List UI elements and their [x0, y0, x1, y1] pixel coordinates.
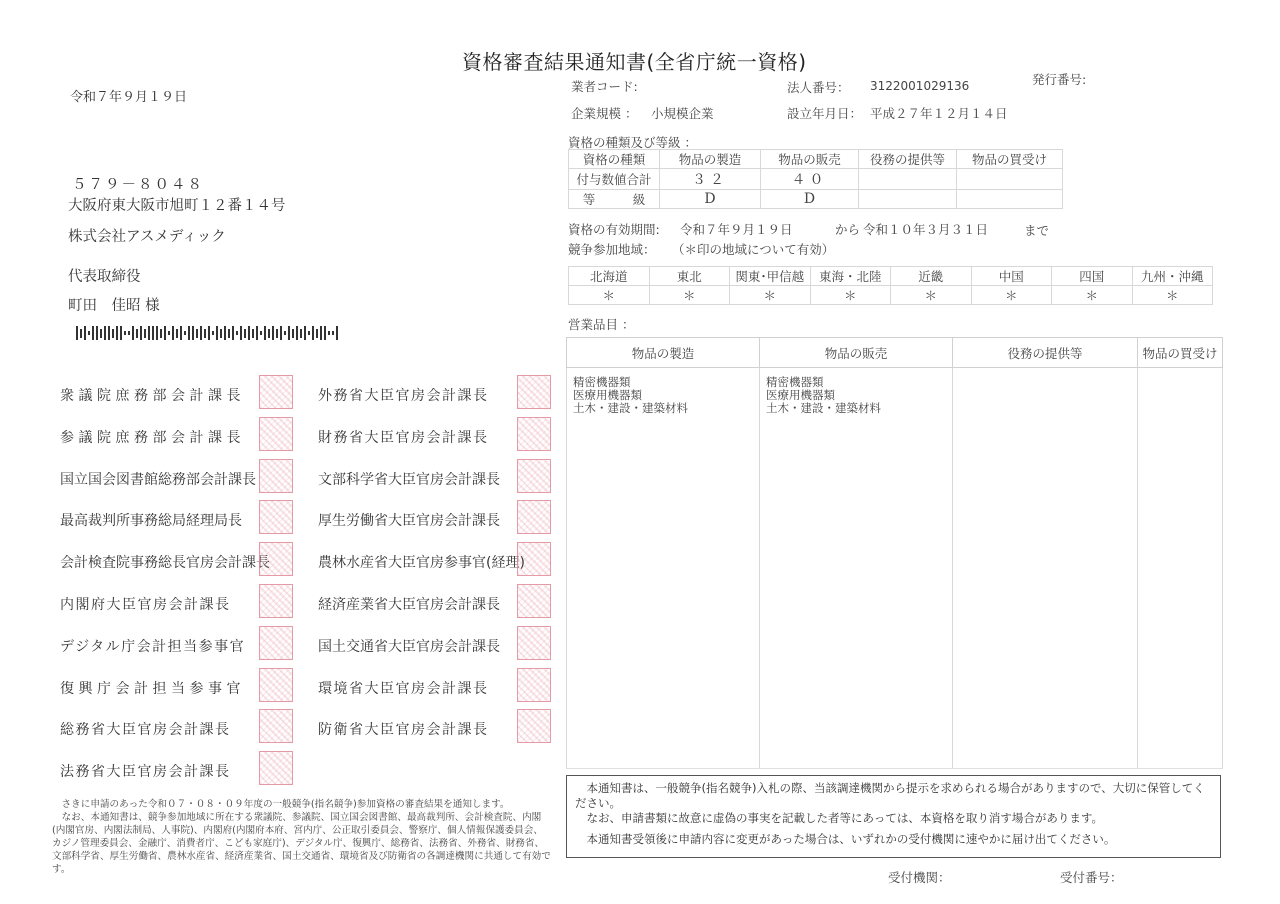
footnote-paragraph: さきに申請のあった令和０７・０８・０９年度の一般競争(指名競争)参加資格の審査結… [52, 798, 552, 811]
region-name: 東北 [649, 267, 730, 286]
issue-number-label: 発行番号: [1032, 70, 1086, 88]
receipt-number-label: 受付番号： [1060, 868, 1123, 886]
barcode-bar [296, 326, 298, 340]
corporate-number-label: 法人番号： [787, 78, 850, 96]
barcode-bar [264, 326, 266, 340]
official-seal-icon [517, 375, 551, 409]
regions-table: 北海道東北関東･甲信越東海・北陸近畿中国四国九州・沖縄 ＊＊＊＊＊＊＊＊ [568, 266, 1213, 305]
official-seal-icon [259, 459, 293, 493]
qual-row-label: 等 級 [569, 190, 660, 209]
footnote: さきに申請のあった令和０７・０８・０９年度の一般競争(指名競争)参加資格の審査結… [52, 798, 552, 876]
agency-name: 国立国会図書館総務部会計課長 [60, 469, 256, 489]
barcode-bar [196, 329, 198, 338]
qual-header: 役務の提供等 [859, 150, 957, 169]
representative-position: 代表取締役 [68, 265, 141, 286]
validity-from: 令和７年９月１９日 [680, 220, 793, 238]
barcode-bar [260, 331, 262, 335]
official-seal-icon [259, 751, 293, 785]
barcode-icon [76, 325, 338, 341]
qualification-table: 資格の種類 物品の製造 物品の販売 役務の提供等 物品の買受け 付与数値合計 ３… [568, 149, 1063, 209]
barcode-bar [244, 329, 246, 338]
barcode-bar [316, 329, 318, 338]
company-size: 小規模企業 [651, 104, 714, 122]
barcode-bar [272, 326, 274, 340]
barcode-bar [256, 326, 258, 340]
items-cell-services [953, 368, 1138, 769]
receiving-agency-label: 受付機関： [888, 868, 951, 886]
official-seal-icon [517, 709, 551, 743]
agency-name: 厚生労働省大臣官房会計課長 [318, 510, 500, 530]
items-header: 物品の販売 [760, 338, 953, 368]
barcode-bar [152, 326, 154, 340]
barcode-bar [216, 326, 218, 340]
qual-header: 物品の買受け [957, 150, 1063, 169]
official-seal-icon [517, 584, 551, 618]
barcode-bar [248, 326, 250, 340]
items-header: 役務の提供等 [953, 338, 1138, 368]
barcode-bar [140, 326, 142, 340]
region-name: 九州・沖縄 [1132, 267, 1213, 286]
barcode-bar [116, 326, 118, 340]
agency-name: 防衛省大臣官房会計課長 [318, 719, 489, 739]
region-mark: ＊ [569, 286, 650, 305]
barcode-bar [240, 326, 242, 340]
items-header: 物品の買受け [1138, 338, 1223, 368]
barcode-bar [96, 326, 98, 340]
official-seal-icon [259, 500, 293, 534]
barcode-bar [252, 329, 254, 338]
official-seal-icon [259, 584, 293, 618]
region-mark: ＊ [810, 286, 891, 305]
barcode-bar [320, 326, 322, 340]
barcode-bar [328, 331, 330, 335]
vendor-code-label: 業者コード: [571, 77, 638, 95]
barcode-bar [184, 331, 186, 335]
established-label: 設立年月日： [787, 104, 862, 122]
barcode-bar [144, 329, 146, 338]
barcode-bar [164, 326, 166, 340]
barcode-bar [108, 326, 110, 340]
agency-name: 環境省大臣官房会計課長 [318, 678, 489, 698]
region-mark: ＊ [971, 286, 1052, 305]
barcode-bar [312, 326, 314, 340]
region-mark: ＊ [649, 286, 730, 305]
barcode-bar [136, 329, 138, 338]
notice-paragraph: なお、申請書類に故意に虚偽の事実を記載した者等にあっては、本資格を取り消す場合が… [575, 811, 1212, 826]
corporate-number: 3122001029136 [870, 79, 969, 93]
barcode-bar [200, 326, 202, 340]
agency-name: 参議院庶務部会計課長 [60, 427, 245, 447]
agency-name: 衆議院庶務部会計課長 [60, 385, 245, 405]
agency-name: 経済産業省大臣官房会計課長 [318, 594, 500, 614]
barcode-bar [148, 326, 150, 340]
barcode-bar [224, 326, 226, 340]
official-seal-icon [259, 709, 293, 743]
established-date: 平成２７年１２月１４日 [870, 104, 1008, 122]
regions-label: 競争参加地域： [568, 240, 656, 258]
qual-cell [957, 190, 1063, 209]
official-seal-icon [259, 626, 293, 660]
barcode-bar [132, 326, 134, 340]
barcode-bar [332, 331, 334, 335]
region-mark: ＊ [891, 286, 972, 305]
agency-name: 文部科学省大臣官房会計課長 [318, 469, 500, 489]
barcode-bar [268, 329, 270, 338]
barcode-bar [160, 329, 162, 338]
agency-name: 財務省大臣官房会計課長 [318, 427, 489, 447]
items-cell-purchase [1138, 368, 1223, 769]
region-mark: ＊ [1052, 286, 1133, 305]
company-size-label: 企業規模 ： [571, 104, 637, 122]
official-seal-icon [259, 417, 293, 451]
qual-cell: D [660, 190, 761, 209]
barcode-bar [188, 326, 190, 340]
agency-name: 最高裁判所事務総局経理局長 [60, 510, 242, 530]
qual-cell [859, 190, 957, 209]
barcode-bar [208, 326, 210, 340]
issue-date: 令和７年９月１９日 [70, 86, 187, 105]
region-mark: ＊ [730, 286, 811, 305]
barcode-bar [80, 329, 82, 338]
qual-cell: ４０ [761, 169, 859, 190]
barcode-bar [76, 326, 78, 340]
barcode-bar [304, 326, 306, 340]
validity-label: 資格の有効期間: [568, 220, 660, 238]
region-name: 関東･甲信越 [730, 267, 811, 286]
region-name: 四国 [1052, 267, 1133, 286]
barcode-bar [172, 326, 174, 340]
official-seal-icon [517, 459, 551, 493]
barcode-bar [236, 331, 238, 335]
region-name: 中国 [971, 267, 1052, 286]
barcode-bar [284, 331, 286, 335]
regions-note: （＊印の地域について有効） [672, 240, 834, 258]
official-seal-icon [517, 626, 551, 660]
barcode-bar [180, 326, 182, 340]
barcode-bar [300, 329, 302, 338]
business-items-table: 物品の製造 物品の販売 役務の提供等 物品の買受け 精密機器類医療用機器類土木・… [566, 337, 1223, 769]
items-cell-manufacturing: 精密機器類医療用機器類土木・建設・建築材料 [567, 368, 760, 769]
agency-name: 会計検査院事務総長官房会計課長 [60, 552, 270, 572]
barcode-bar [280, 326, 282, 340]
barcode-bar [192, 326, 194, 340]
qual-cell: ３２ [660, 169, 761, 190]
barcode-bar [228, 329, 230, 338]
representative-name: 町田 佳昭 様 [68, 294, 160, 315]
qual-header: 資格の種類 [569, 150, 660, 169]
official-seal-icon [517, 500, 551, 534]
barcode-bar [92, 326, 94, 340]
barcode-bar [120, 326, 122, 340]
agency-name: 復興庁会計担当参事官 [60, 678, 245, 698]
qual-cell: D [761, 190, 859, 209]
notice-paragraph: 本通知書は、一般競争(指名競争)入札の際、当該調達機関から提示を求められる場合が… [575, 781, 1212, 811]
barcode-bar [128, 331, 130, 335]
official-seal-icon [517, 668, 551, 702]
barcode-bar [336, 326, 338, 340]
qual-header: 物品の製造 [660, 150, 761, 169]
footnote-paragraph: なお、本通知書は、競争参加地域に所在する衆議院、参議院、国立国会図書館、最高裁判… [52, 811, 552, 876]
region-name: 北海道 [569, 267, 650, 286]
business-items-label: 営業品目 ： [568, 315, 634, 333]
agency-name: デジタル庁会計担当参事官 [60, 636, 245, 656]
official-seal-icon [259, 542, 293, 576]
barcode-bar [276, 329, 278, 338]
notice-box: 本通知書は、一般競争(指名競争)入札の際、当該調達機関から提示を求められる場合が… [566, 775, 1221, 858]
barcode-bar [104, 326, 106, 340]
barcode-bar [212, 331, 214, 335]
business-item: 土木・建設・建築材料 [573, 402, 753, 415]
company-name: 株式会社アスメディック [68, 225, 226, 246]
official-seal-icon [517, 417, 551, 451]
agency-name: 外務省大臣官房会計課長 [318, 385, 489, 405]
region-mark: ＊ [1132, 286, 1213, 305]
items-header: 物品の製造 [567, 338, 760, 368]
validity-to: 令和１０年３月３１日 [863, 220, 988, 238]
validity-to-suffix: まで [1024, 221, 1049, 239]
agency-name: 法務省大臣官房会計課長 [60, 761, 231, 781]
qual-cell [859, 169, 957, 190]
items-cell-sales: 精密機器類医療用機器類土木・建設・建築材料 [760, 368, 953, 769]
barcode-bar [232, 326, 234, 340]
barcode-bar [292, 329, 294, 338]
region-name: 東海・北陸 [810, 267, 891, 286]
barcode-bar [220, 329, 222, 338]
barcode-bar [308, 331, 310, 335]
validity-from-suffix: から [835, 220, 860, 238]
barcode-bar [176, 329, 178, 338]
agency-name: 農林水産省大臣官房参事官(経理) [318, 552, 525, 572]
agency-name: 国土交通省大臣官房会計課長 [318, 636, 500, 656]
barcode-bar [156, 326, 158, 340]
agency-name: 内閣府大臣官房会計課長 [60, 594, 231, 614]
qual-row-label: 付与数値合計 [569, 169, 660, 190]
postal-code: ５７９－８０４８ [72, 173, 204, 194]
agency-name: 総務省大臣官房会計課長 [60, 719, 231, 739]
official-seal-icon [259, 375, 293, 409]
address: 大阪府東大阪市旭町１２番１４号 [68, 194, 286, 215]
barcode-bar [324, 326, 326, 340]
barcode-bar [100, 329, 102, 338]
document-title: 資格審査結果通知書(全省庁統一資格) [462, 46, 807, 75]
barcode-bar [204, 329, 206, 338]
region-name: 近畿 [891, 267, 972, 286]
barcode-bar [88, 331, 90, 335]
barcode-bar [124, 331, 126, 335]
official-seal-icon [517, 542, 551, 576]
barcode-bar [288, 326, 290, 340]
barcode-bar [168, 331, 170, 335]
official-seal-icon [259, 668, 293, 702]
barcode-bar [112, 329, 114, 338]
qual-header: 物品の販売 [761, 150, 859, 169]
business-item: 土木・建設・建築材料 [766, 402, 946, 415]
notice-paragraph: 本通知書受領後に申請内容に変更があった場合は、いずれかの受付機関に速やかに届け出… [575, 832, 1212, 847]
barcode-bar [84, 326, 86, 340]
qual-cell [957, 169, 1063, 190]
